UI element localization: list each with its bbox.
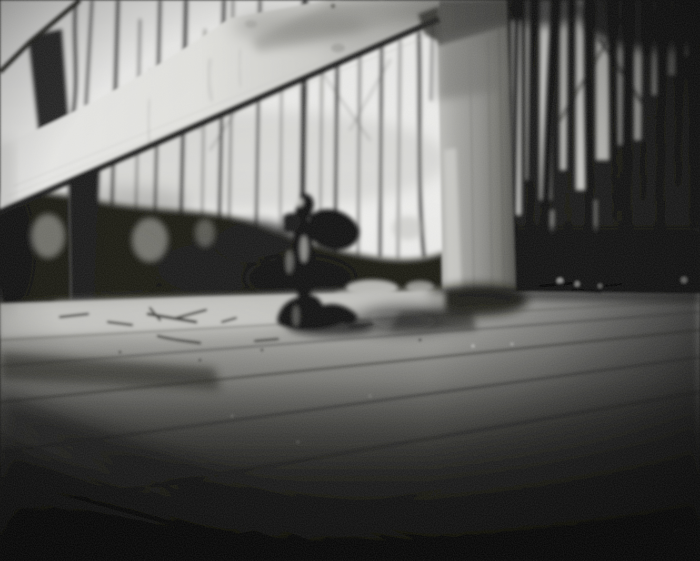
film-grain xyxy=(0,0,700,561)
photo-canvas: Pinhole photograph of a deck with a smal… xyxy=(0,0,700,561)
pinhole-photograph: Pinhole photograph of a deck with a smal… xyxy=(0,0,700,561)
